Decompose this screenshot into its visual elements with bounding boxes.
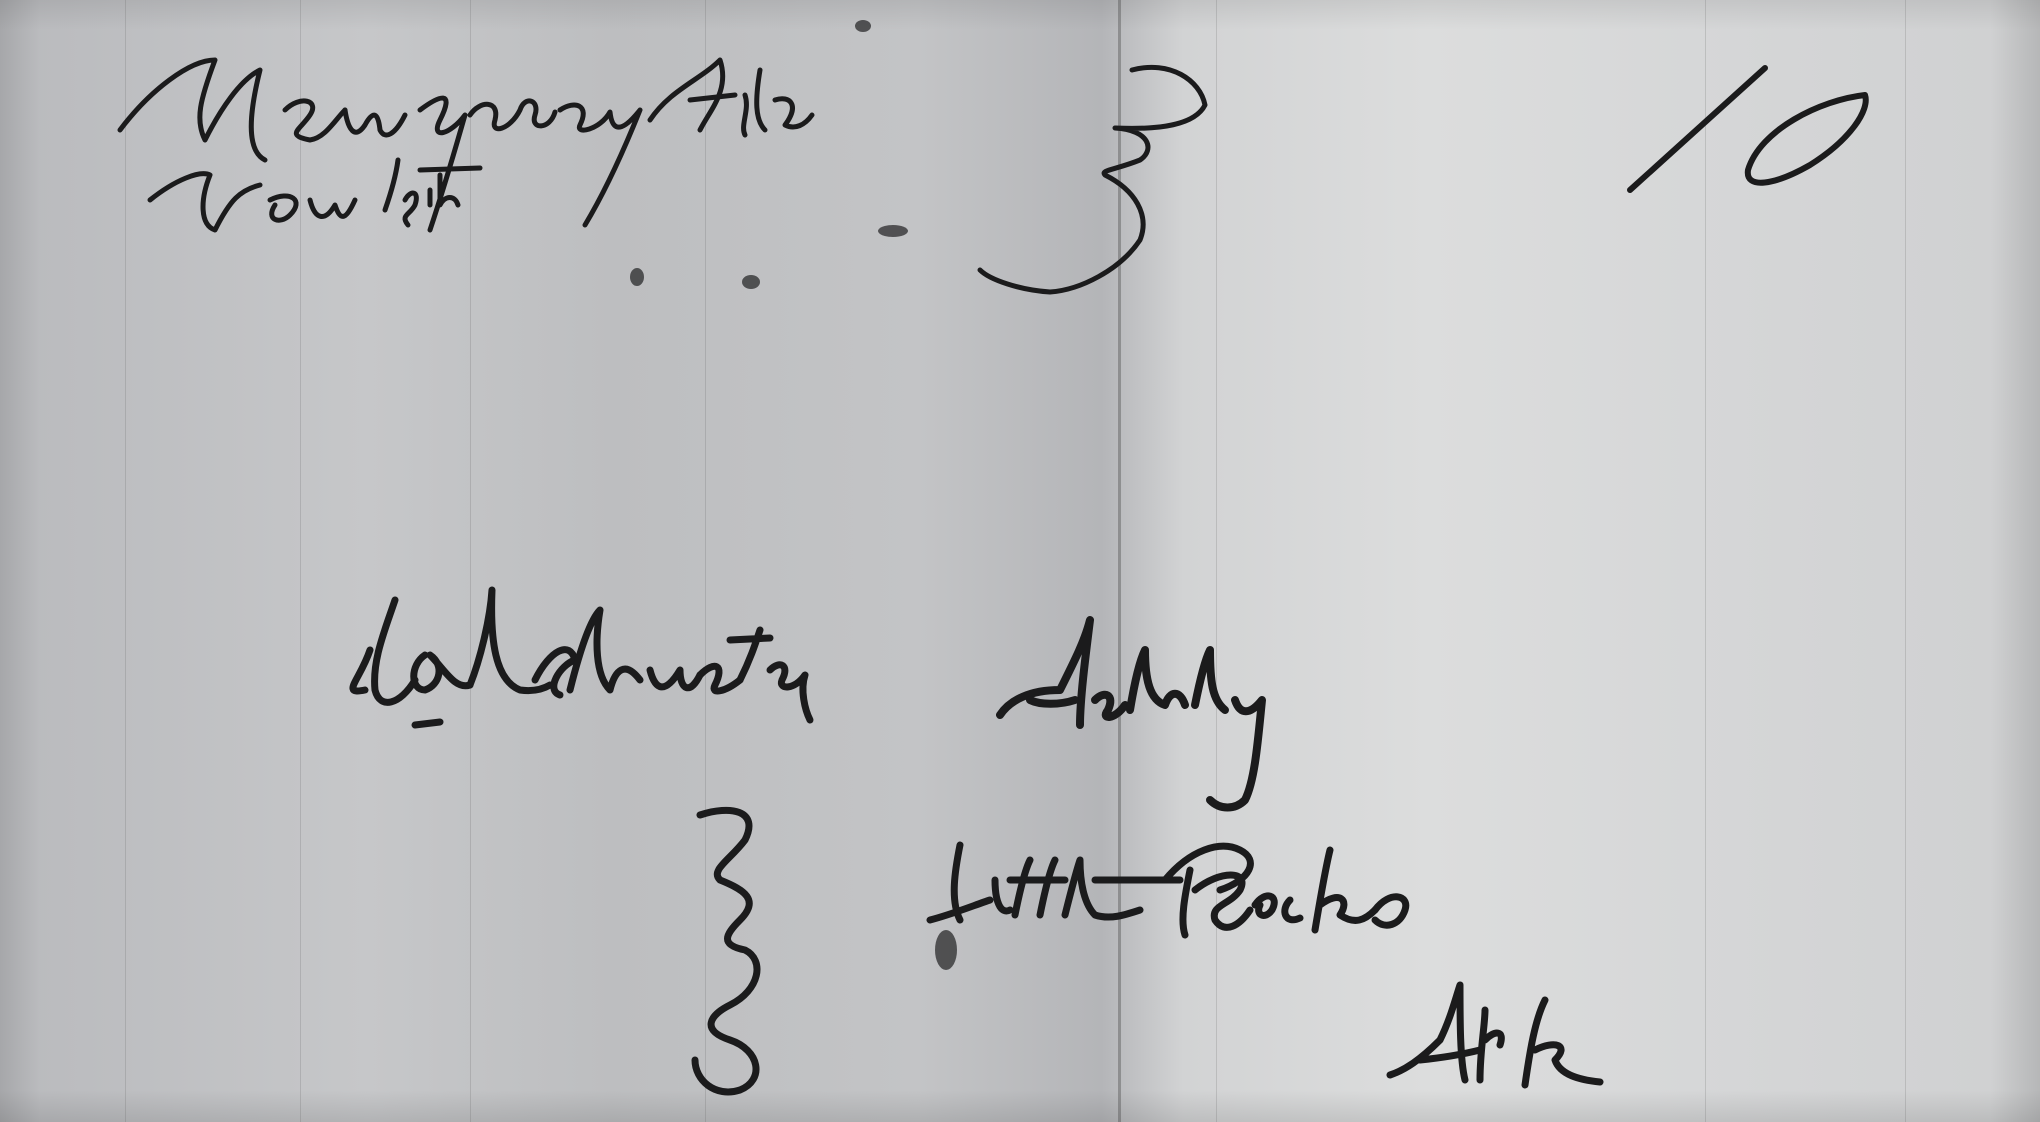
addressee-firstname-script bbox=[535, 610, 810, 720]
postmark-date-script bbox=[150, 160, 480, 230]
postage-rate-numeral bbox=[1630, 68, 1866, 190]
letter-cover: New Gascony Arkas Nov 15th 10 Col Cheste… bbox=[0, 0, 2040, 1122]
postmark-town-script bbox=[120, 60, 812, 230]
handwriting-layer bbox=[0, 0, 2040, 1122]
addressee-title-script bbox=[353, 590, 550, 725]
addressee-state-script bbox=[1390, 985, 1600, 1085]
addressee-surname-script bbox=[1000, 620, 1262, 808]
addressee-city-script bbox=[930, 845, 1406, 935]
postal-rate-flourish bbox=[980, 67, 1205, 292]
address-bracket-flourish bbox=[695, 810, 757, 1092]
